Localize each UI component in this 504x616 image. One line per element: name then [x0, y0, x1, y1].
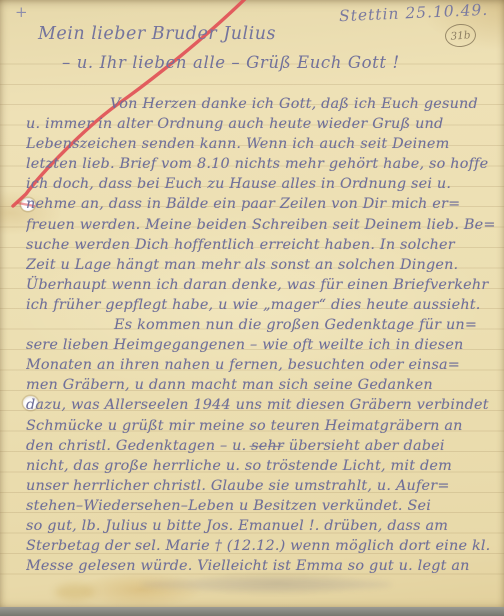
handwriting-line: u. immer in alter Ordnung auch heute wie… [26, 114, 500, 134]
handwriting-line: Monaten an ihren nahen u fernen, besucht… [26, 355, 500, 375]
handwriting-line: Es kommen nun die großen Gedenktage für … [26, 315, 500, 335]
salutation-line-2: – u. Ihr lieben alle – Grüß Euch Gott ! [62, 53, 400, 72]
handwriting-line: Sterbetag der sel. Marie † (12.12.) wenn… [26, 536, 500, 556]
scan-edge [0, 607, 504, 616]
handwriting-line: men Gräbern, u dann macht man sich seine… [26, 375, 500, 395]
scanned-letter-page: { "colors": { "paper": "#ecdfb2", "ink":… [0, 0, 504, 616]
handwriting-line: Zeit u Lage hängt man mehr als sonst an … [26, 255, 500, 275]
handwriting-line: den christl. Gedenktagen – u. s̶e̶h̶r̶ ü… [26, 436, 500, 456]
handwriting-line: so gut, lb. Julius u bitte Jos. Emanuel … [26, 516, 500, 536]
handwriting-line: nicht, das große herrliche u. so trösten… [26, 456, 500, 476]
handwriting-line: Überhaupt wenn ich daran denke, was für … [26, 275, 500, 295]
handwriting-line: ich früher gepflegt habe, u wie „mager“ … [26, 295, 500, 315]
handwriting-line: nehme an, dass in Bälde ein paar Zeilen … [26, 194, 500, 214]
handwriting-line: dazu, was Allerseelen 1944 uns mit diese… [26, 395, 500, 415]
handwriting-line: Von Herzen danke ich Gott, daß ich Euch … [26, 94, 500, 114]
handwriting-line: letzten lieb. Brief vom 8.10 nichts mehr… [26, 154, 500, 174]
cross-mark: + [15, 3, 28, 21]
archive-number: 31b [450, 29, 471, 42]
handwriting-line: freuen werden. Meine beiden Schreiben se… [26, 215, 500, 235]
handwriting-line: Messe gelesen würde. Vielleicht ist Emma… [26, 556, 500, 576]
handwriting-line: unser herrlicher christl. Glaube sie ums… [26, 476, 500, 496]
handwriting-line: ich doch, dass bei Euch zu Hause alles i… [26, 174, 500, 194]
salutation-line-1: Mein lieber Bruder Julius [38, 24, 276, 44]
handwriting-line: stehen–Wiedersehen–Leben u Besitzen verk… [26, 496, 500, 516]
handwriting-line: suche werden Dich hoffentlich erreicht h… [26, 235, 500, 255]
handwriting-line: sere lieben Heimgegangenen – wie oft wei… [26, 335, 500, 355]
handwriting-line: Lebenszeichen senden kann. Wenn ich auch… [26, 134, 500, 154]
handwriting-line: Schmücke u grüßt mir meine so teuren Hei… [26, 416, 500, 436]
letter-body: Von Herzen danke ich Gott, daß ich Euch … [26, 94, 500, 580]
